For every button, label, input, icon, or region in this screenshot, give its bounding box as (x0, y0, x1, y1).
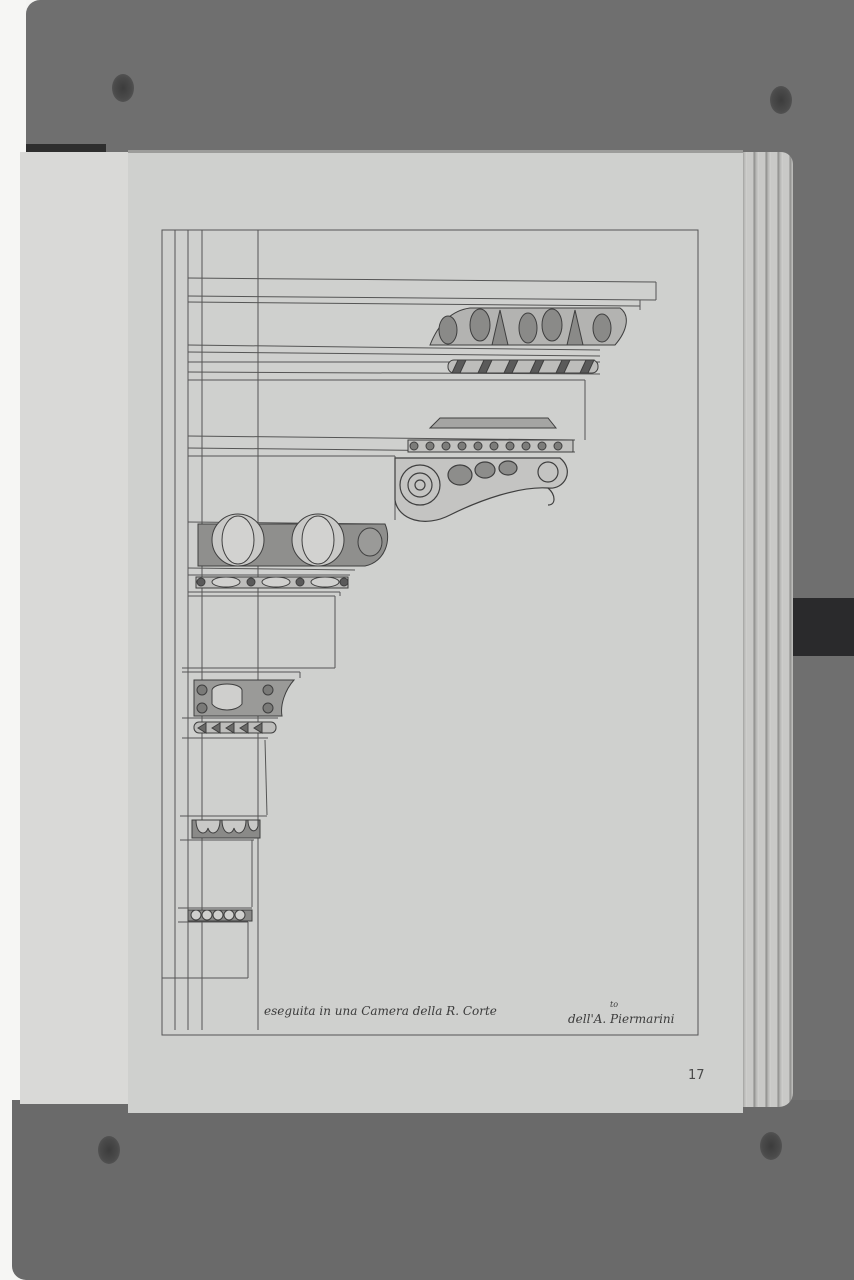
laurel-torus (194, 722, 276, 733)
page-number: 17 (688, 1068, 705, 1083)
bead-and-reel (196, 577, 348, 588)
bead-course (408, 440, 573, 452)
acanthus-cyma (430, 308, 626, 345)
screw-bottom-left-icon (98, 1136, 120, 1164)
modillion-cap (430, 418, 556, 428)
pearl-astragal (188, 910, 252, 921)
screw-top-left-icon (112, 74, 134, 102)
caption-location: eseguita in una Camera della R. Corte (264, 1004, 497, 1018)
page-edges (735, 152, 793, 1107)
cartouche-frieze (194, 680, 294, 716)
left-sheet (20, 152, 132, 1104)
side-clamp (792, 598, 854, 656)
egg-and-dart (198, 514, 388, 566)
mount-board-bottom (12, 1100, 854, 1280)
caption-author: dell'A. Piermarini (568, 1012, 674, 1026)
leaf-and-tongue (192, 820, 260, 838)
screw-top-right-icon (770, 86, 792, 114)
scroll-console (395, 458, 567, 521)
caption-superscript: to (610, 1000, 618, 1009)
screw-bottom-right-icon (760, 1132, 782, 1160)
architectural-drawing (128, 150, 743, 1110)
caption-author-text: dell'A. Piermarini (568, 1012, 674, 1026)
rope-torus (448, 360, 598, 373)
